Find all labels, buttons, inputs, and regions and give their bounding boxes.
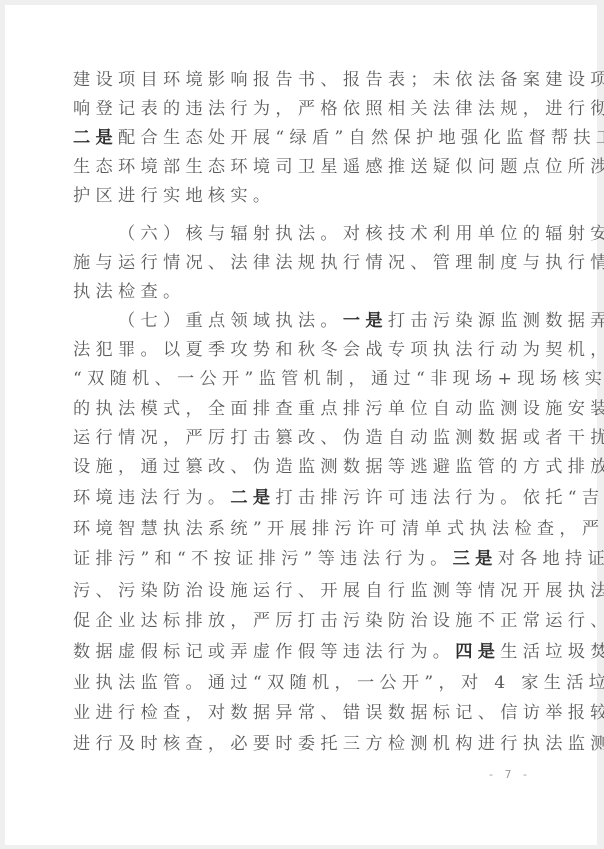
text-line: 施与运行情况、法律法规执行情况、管理制度与执行情况等开展 [73, 252, 533, 274]
text-line: 业进行检查，对数据异常、错误数据标记、信访举报较多的企业 [73, 702, 533, 724]
text-segment: 施与运行情况、法律法规执行情况、管理制度与执行情况等开展 [73, 253, 604, 273]
text-line: 生态环境部生态环境司卫星遥感推送疑似问题点位所涉及自然保 [73, 156, 533, 178]
text-segment: 生活垃圾焚烧发电企 [500, 642, 604, 662]
text-segment: 运行情况，严厉打击篡改、伪造自动监测数据或者干扰自动监测 [73, 428, 604, 448]
text-line: 执法检查。 [73, 281, 533, 303]
text-segment: 护区进行实地核实。 [73, 186, 275, 206]
page-number: - 7 - [489, 768, 531, 781]
text-line: 污、污染防治设施运行、开展自行监测等情况开展执法检查，督 [73, 580, 533, 602]
text-line: 运行情况，严厉打击篡改、伪造自动监测数据或者干扰自动监测 [73, 427, 533, 449]
text-line: 进行及时核查，必要时委托三方检测机构进行执法监测，对涉嫌 [73, 733, 533, 755]
text-segment: 配合生态处开展“绿盾”自然保护地强化监督帮扶工作。对 [118, 128, 604, 148]
text-segment: （七）重点领域执法。 [118, 311, 343, 331]
text-segment: 打击污染源监测数据弄虚作假违 [388, 311, 604, 331]
text-segment: 业执法监管。通过“双随机，一公开”，对 4 家生活垃圾焚烧企 [73, 673, 604, 693]
text-segment: 数据虚假标记或弄虚作假等违法行为。 [73, 642, 455, 662]
text-line: 证排污”和“不按证排污”等违法行为。三是对各地持证按证排 [73, 548, 533, 570]
text-line: 护区进行实地核实。 [73, 185, 533, 207]
text-line: 设施，通过篡改、伪造监测数据等逃避监管的方式排放污染物等 [73, 456, 533, 478]
text-line: 业执法监管。通过“双随机，一公开”，对 4 家生活垃圾焚烧企 [73, 672, 533, 694]
text-segment: 的执法模式，全面排查重点排污单位自动监测设施安装、联网、 [73, 399, 604, 419]
text-segment: 环境违法行为。 [73, 488, 230, 508]
text-segment: 进行及时核查，必要时委托三方检测机构进行执法监测，对涉嫌 [73, 734, 604, 754]
emphasis-text: 二是 [230, 488, 275, 508]
text-segment: “双随机、一公开”监管机制，通过“非现场+现场核实”相结合 [73, 369, 604, 389]
text-segment: 促企业达标排放，严厉打击污染防治设施不正常运行、自动监测 [73, 611, 604, 631]
emphasis-text: 一是 [343, 311, 388, 331]
text-line: 数据虚假标记或弄虚作假等违法行为。四是生活垃圾焚烧发电企 [73, 641, 533, 663]
emphasis-text: 二是 [73, 128, 118, 148]
paragraph-start-line: （六）核与辐射执法。对核技术利用单位的辐射安全防护设 [118, 223, 533, 245]
text-segment: （六）核与辐射执法。对核技术利用单位的辐射安全防护设 [118, 224, 604, 244]
text-segment: 业进行检查，对数据异常、错误数据标记、信访举报较多的企业 [73, 703, 604, 723]
text-line: 法犯罪。以夏季攻势和秋冬会战专项执法行动为契机，严格落实 [73, 339, 533, 361]
text-segment: 执法检查。 [73, 282, 185, 302]
text-segment: 对各地持证按证排 [498, 549, 604, 569]
text-segment: 建设项目环境影响报告书、报告表；未依法备案建设项目环境影 [73, 70, 604, 90]
document-page: 建设项目环境影响报告书、报告表；未依法备案建设项目环境影响登记表的违法行为，严格… [5, 5, 597, 845]
text-segment: 环境智慧执法系统”开展排污许可清单式执法检查，严厉打击“无 [73, 519, 604, 539]
text-segment: 法犯罪。以夏季攻势和秋冬会战专项执法行动为契机，严格落实 [73, 340, 604, 360]
text-line: 的执法模式，全面排查重点排污单位自动监测设施安装、联网、 [73, 398, 533, 420]
text-line: 促企业达标排放，严厉打击污染防治设施不正常运行、自动监测 [73, 610, 533, 632]
text-line: 环境智慧执法系统”开展排污许可清单式执法检查，严厉打击“无 [73, 518, 533, 540]
paragraph-start-line: （七）重点领域执法。一是打击污染源监测数据弄虚作假违 [118, 310, 533, 332]
emphasis-text: 四是 [455, 642, 500, 662]
text-line: 响登记表的违法行为，严格依照相关法律法规，进行彻查严处。 [73, 98, 533, 120]
text-segment: 打击排污许可违法行为。依托“吉林省生态 [275, 488, 604, 508]
text-segment: 证排污”和“不按证排污”等违法行为。 [73, 549, 453, 569]
text-segment: 响登记表的违法行为，严格依照相关法律法规，进行彻查严处。 [73, 99, 604, 119]
text-line: “双随机、一公开”监管机制，通过“非现场+现场核实”相结合 [73, 368, 533, 390]
text-line: 环境违法行为。二是打击排污许可违法行为。依托“吉林省生态 [73, 487, 533, 509]
emphasis-text: 三是 [453, 549, 498, 569]
text-line: 建设项目环境影响报告书、报告表；未依法备案建设项目环境影 [73, 69, 533, 91]
text-line: 二是配合生态处开展“绿盾”自然保护地强化监督帮扶工作。对 [73, 127, 533, 149]
text-segment: 生态环境部生态环境司卫星遥感推送疑似问题点位所涉及自然保 [73, 157, 604, 177]
text-segment: 污、污染防治设施运行、开展自行监测等情况开展执法检查，督 [73, 581, 604, 601]
text-segment: 设施，通过篡改、伪造监测数据等逃避监管的方式排放污染物等 [73, 457, 604, 477]
